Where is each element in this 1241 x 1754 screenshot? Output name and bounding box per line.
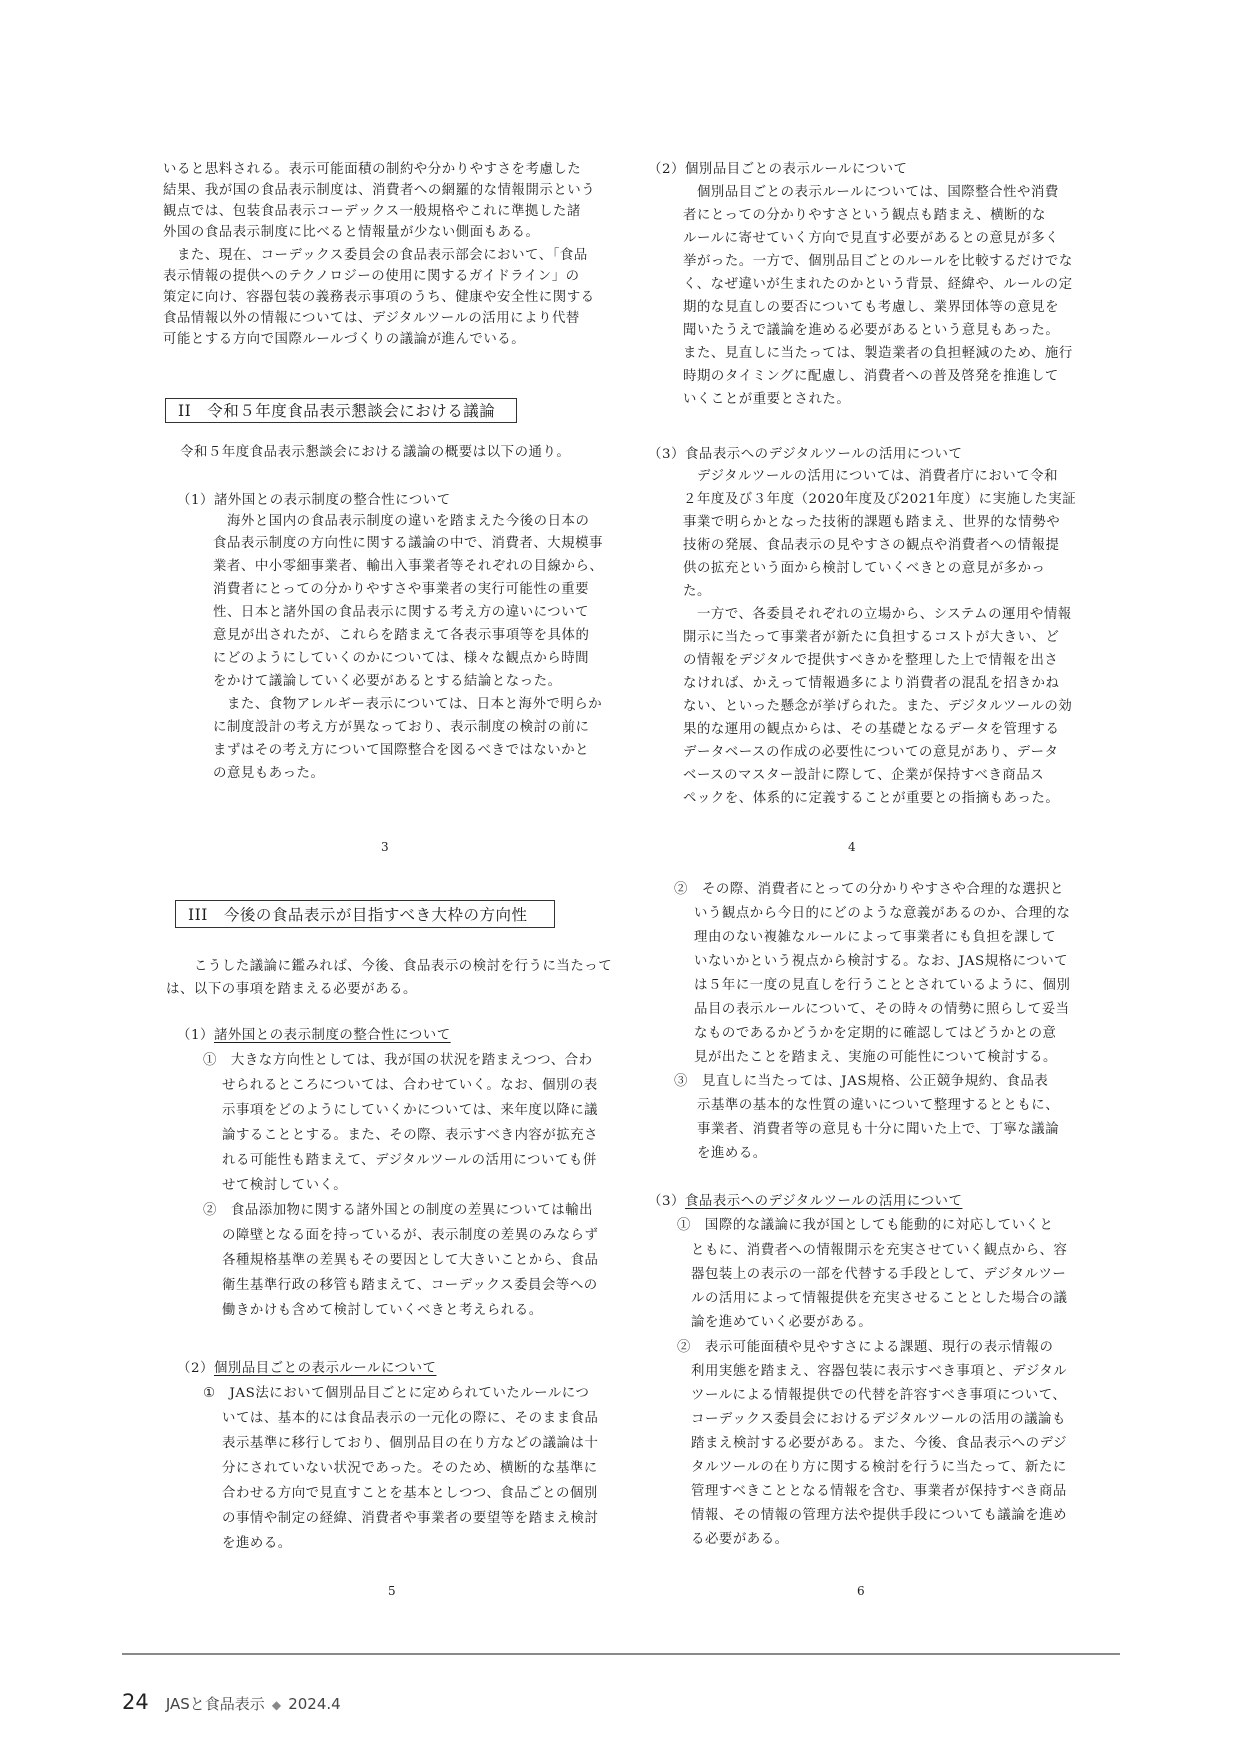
text-line: 性、日本と諸外国の食品表示に関する考え方の違いについて xyxy=(213,603,589,623)
list-item-2: ② 食品添加物に関する諸外国との制度の差異については輸出 xyxy=(203,1201,593,1221)
text-line: は、以下の事項を踏まえる必要がある。 xyxy=(166,980,417,1000)
text-line: データベースの作成の必要性についての意見があり、データ xyxy=(683,743,1058,763)
subsection-number: （3） xyxy=(648,1194,685,1209)
subsection-heading: （3）食品表示へのデジタルツールの活用について xyxy=(648,445,962,465)
text-line: デジタルツールの活用については、消費者庁において令和 xyxy=(683,467,1058,487)
text-line: 時期のタイミングに配慮し、消費者への普及啓発を推進して xyxy=(683,367,1059,387)
subsection-title: 食品表示へのデジタルツールの活用について xyxy=(685,1194,962,1209)
text-line: いては、基本的には食品表示の一元化の際に、そのまま食品 xyxy=(222,1409,598,1429)
text-line: まずはその考え方について国際整合を図るべきではないかと xyxy=(213,741,589,761)
section-heading-iii: III 今後の食品表示が目指すべき大枠の方向性 xyxy=(175,900,555,928)
text-line: 供の拡充という面から検討していくべきとの意見が多かっ xyxy=(683,559,1045,579)
section-heading-ii: II 令和５年度食品表示懇談会における議論 xyxy=(165,398,517,423)
text-line: 果的な運用の観点からは、その基礎となるデータを管理する xyxy=(683,720,1059,740)
list-item-1: ① 国際的な議論に我が国としても能動的に対応していくと xyxy=(677,1216,1053,1236)
list-item-2: ② その際、消費者にとっての分かりやすさや合理的な選択と xyxy=(674,880,1064,900)
text-line: 聞いたうえで議論を進める必要があるという意見もあった。 xyxy=(683,321,1059,341)
text-line: の事情や制定の経緯、消費者や事業者の要望等を踏まえ検討 xyxy=(222,1509,598,1529)
text-line: 技術の発展、食品表示の見やすさの観点や消費者への情報提 xyxy=(683,536,1059,556)
text-line: の意見もあった。 xyxy=(213,764,324,784)
text-line: 海外と国内の食品表示制度の違いを踏まえた今後の日本の xyxy=(213,512,589,532)
text-line: に制度設計の考え方が異なっており、表示制度の検討の前に xyxy=(213,718,589,738)
text-line: 働きかけも含めて検討していくべきと考えられる。 xyxy=(222,1301,543,1321)
text-line: 結果、我が国の食品表示制度は、消費者への網羅的な情報開示という xyxy=(163,181,595,201)
text-line: ２年度及び３年度（2020年度及び2021年度）に実施した実証 xyxy=(683,490,1076,510)
text-line: 理由のない複雑なルールによって事業者にも負担を課して xyxy=(694,928,1056,948)
section-intro: 令和５年度食品表示懇談会における議論の概要は以下の通り。 xyxy=(180,443,570,463)
text-line: の情報をデジタルで提供すべきかを整理した上で情報を出さ xyxy=(683,651,1058,671)
text-line: をかけて議論していく必要があるとする結論となった。 xyxy=(213,672,562,692)
subsection-heading: （1）諸外国との表示制度の整合性について xyxy=(177,491,451,511)
text-line: また、現在、コーデックス委員会の食品表示部会において、「食品 xyxy=(163,246,588,266)
page-number: 3 xyxy=(381,840,389,854)
subsection-heading: （2）個別品目ごとの表示ルールについて xyxy=(648,160,907,180)
text-line: いくことが重要とされた。 xyxy=(683,390,850,410)
page-number: 4 xyxy=(848,840,856,854)
text-line: を進める。 xyxy=(697,1144,767,1164)
text-line: 踏まえ検討する必要がある。また、今後、食品表示へのデジ xyxy=(691,1434,1067,1454)
text-line: いう観点から今日的にどのような意義があるのか、合理的な xyxy=(694,904,1070,924)
text-line: 器包装上の表示の一部を代替する手段として、デジタルツー xyxy=(691,1265,1066,1285)
text-line: 者にとっての分かりやすさという観点も踏まえ、横断的な xyxy=(683,206,1046,226)
text-line: また、食物アレルギー表示については、日本と海外で明らか xyxy=(213,695,602,715)
text-line: コーデックス委員会におけるデジタルツールの活用の議論も xyxy=(691,1410,1066,1430)
footer-divider xyxy=(122,1653,1120,1655)
text-line: 論を進めていく必要がある。 xyxy=(691,1313,872,1333)
page-number: 6 xyxy=(857,1584,865,1598)
text-line: いると思料される。表示可能面積の制約や分かりやすさを考慮した xyxy=(163,160,581,180)
subsection-heading: （1）諸外国との表示制度の整合性について xyxy=(177,1026,451,1046)
subsection-number: （1） xyxy=(177,1028,214,1043)
text-line: 利用実態を踏まえ、容器包装に表示すべき事項と、デジタル xyxy=(691,1362,1067,1382)
list-item-1: ① JAS法において個別品目ごとに定められていたルールにつ xyxy=(203,1384,589,1404)
text-line: 一方で、各委員それぞれの立場から、システムの運用や情報 xyxy=(683,605,1072,625)
text-line: 策定に向け、容器包装の義務表示事項のうち、健康や安全性に関する xyxy=(163,288,595,308)
text-line: ともに、消費者への情報開示を充実させていく観点から、容 xyxy=(691,1241,1067,1261)
text-line: また、見直しに当たっては、製造業者の負担軽減のため、施行 xyxy=(683,344,1073,364)
text-line: 期的な見直しの要否についても考慮し、業界団体等の意見を xyxy=(683,298,1059,318)
text-line: いないかという視点から検討する。なお、JAS規格について xyxy=(694,952,1068,972)
text-line: 観点では、包装食品表示コーデックス一般規格やこれに準拠した諸 xyxy=(163,202,581,222)
text-line: 事業者、消費者等の意見も十分に聞いた上で、丁寧な議論 xyxy=(697,1120,1059,1140)
text-line: 外国の食品表示制度に比べると情報量が少ない側面もある。 xyxy=(163,223,539,243)
text-line: 可能とする方向で国際ルールづくりの議論が進んでいる。 xyxy=(163,330,525,350)
text-line: 開示に当たって事業者が新たに負担するコストが大きい、ど xyxy=(683,628,1059,648)
list-item-2: ② 表示可能面積や見やすさによる課題、現行の表示情報の xyxy=(677,1338,1053,1358)
text-line: 食品表示制度の方向性に関する議論の中で、消費者、大規模事 xyxy=(213,534,603,554)
text-line: なければ、かえって情報過多により消費者の混乱を招きかね xyxy=(683,674,1059,694)
text-line: る必要がある。 xyxy=(691,1530,789,1550)
text-line: こうした議論に鑑みれば、今後、食品表示の検討を行うに当たって xyxy=(180,957,612,977)
list-item-1: ① 大きな方向性としては、我が国の状況を踏まえつつ、合わ xyxy=(203,1051,593,1071)
text-line: 挙がった。一方で、個別品目ごとのルールを比較するだけでな xyxy=(683,252,1073,272)
text-line: せられるところについては、合わせていく。なお、個別の表 xyxy=(222,1076,598,1096)
text-line: れる可能性も踏まえて、デジタルツールの活用についても併 xyxy=(222,1151,597,1171)
text-line: 情報、その情報の管理方法や提供手段についても議論を進め xyxy=(691,1506,1067,1526)
text-line: 各種規格基準の差異もその要因として大きいことから、食品 xyxy=(222,1251,598,1271)
text-line: ルの活用によって情報提供を充実させることとした場合の議 xyxy=(691,1289,1067,1309)
text-line: 事業で明らかとなった技術的課題も踏まえ、世界的な情勢や xyxy=(683,513,1060,533)
text-line: ペックを、体系的に定義することが重要との指摘もあった。 xyxy=(683,789,1059,809)
text-line: は５年に一度の見直しを行うこととされているように、個別 xyxy=(694,976,1070,996)
text-line: ない、といった懸念が挙げられた。また、デジタルツールの効 xyxy=(683,697,1072,717)
text-line: にどのようにしていくのかについては、様々な観点から時間 xyxy=(213,649,589,669)
text-line: 個別品目ごとの表示ルールについては、国際整合性や消費 xyxy=(683,183,1059,203)
text-line: の障壁となる面を持っているが、表示制度の差異のみならず xyxy=(222,1226,598,1246)
issue-date: 2024.4 xyxy=(288,1695,341,1713)
text-line: 食品情報以外の情報については、デジタルツールの活用により代替 xyxy=(163,309,580,329)
text-line: 示基準の基本的な性質の違いについて整理するとともに、 xyxy=(697,1096,1059,1116)
text-line: せて検討していく。 xyxy=(222,1176,347,1196)
text-line: 業者、中小零細事業者、輸出入事業者等それぞれの目線から、 xyxy=(213,557,603,577)
text-line: なものであるかどうかを定期的に確認してはどうかとの意 xyxy=(694,1024,1056,1044)
text-line: ベースのマスター設計に際して、企業が保持すべき商品ス xyxy=(683,766,1044,786)
footer: 24 JASと食品表示 ◆ 2024.4 xyxy=(122,1690,341,1714)
text-line: た。 xyxy=(683,582,711,602)
text-line: 表示基準に移行しており、個別品目の在り方などの議論は十 xyxy=(222,1434,598,1454)
list-item-3: ③ 見直しに当たっては、JAS規格、公正競争規約、食品表 xyxy=(674,1072,1048,1092)
text-line: 合わせる方向で見直すことを基本としつつ、食品ごとの個別 xyxy=(222,1484,598,1504)
text-line: 見が出たことを踏まえ、実施の可能性について検討する。 xyxy=(694,1048,1057,1068)
text-line: 管理すべきこととなる情報を含む、事業者が保持すべき商品 xyxy=(691,1482,1067,1502)
subsection-heading: （3）食品表示へのデジタルツールの活用について xyxy=(648,1192,962,1212)
text-line: を進める。 xyxy=(222,1534,292,1554)
text-line: 論することとする。また、その際、表示すべき内容が拡充さ xyxy=(222,1126,598,1146)
text-line: 衛生基準行政の移管も踏まえて、コーデックス委員会等への xyxy=(222,1276,598,1296)
text-line: 示事項をどのようにしていくかについては、来年度以降に議 xyxy=(222,1101,598,1121)
text-line: 消費者にとっての分かりやすさや事業者の実行可能性の重要 xyxy=(213,580,589,600)
magazine-page-number: 24 xyxy=(122,1690,149,1714)
text-line: 意見が出されたが、これらを踏まえて各表示事項等を具体的 xyxy=(213,626,589,646)
text-line: 表示情報の提供へのテクノロジーの使用に関するガイドライン」の xyxy=(163,267,580,287)
subsection-heading: （2）個別品目ごとの表示ルールについて xyxy=(177,1359,436,1379)
magazine-title: JASと食品表示 xyxy=(166,1695,265,1713)
text-line: ツールによる情報提供での代替を許容すべき事項について、 xyxy=(691,1386,1066,1406)
text-line: 分にされていない状況であった。そのため、横断的な基準に xyxy=(222,1459,598,1479)
text-line: 品目の表示ルールについて、その時々の情勢に照らして妥当 xyxy=(694,1000,1070,1020)
subsection-title: 個別品目ごとの表示ルールについて xyxy=(214,1361,437,1376)
text-line: く、なぜ違いが生まれたのかという背景、経緯や、ルールの定 xyxy=(683,275,1073,295)
text-line: タルツールの在り方に関する検討を行うに当たって、新たに xyxy=(691,1458,1067,1478)
text-line: ルールに寄せていく方向で見直す必要があるとの意見が多く xyxy=(683,229,1059,249)
page-number: 5 xyxy=(388,1584,396,1598)
subsection-title: 諸外国との表示制度の整合性について xyxy=(214,1028,451,1043)
subsection-number: （2） xyxy=(177,1361,214,1376)
diamond-icon: ◆ xyxy=(272,1698,281,1712)
